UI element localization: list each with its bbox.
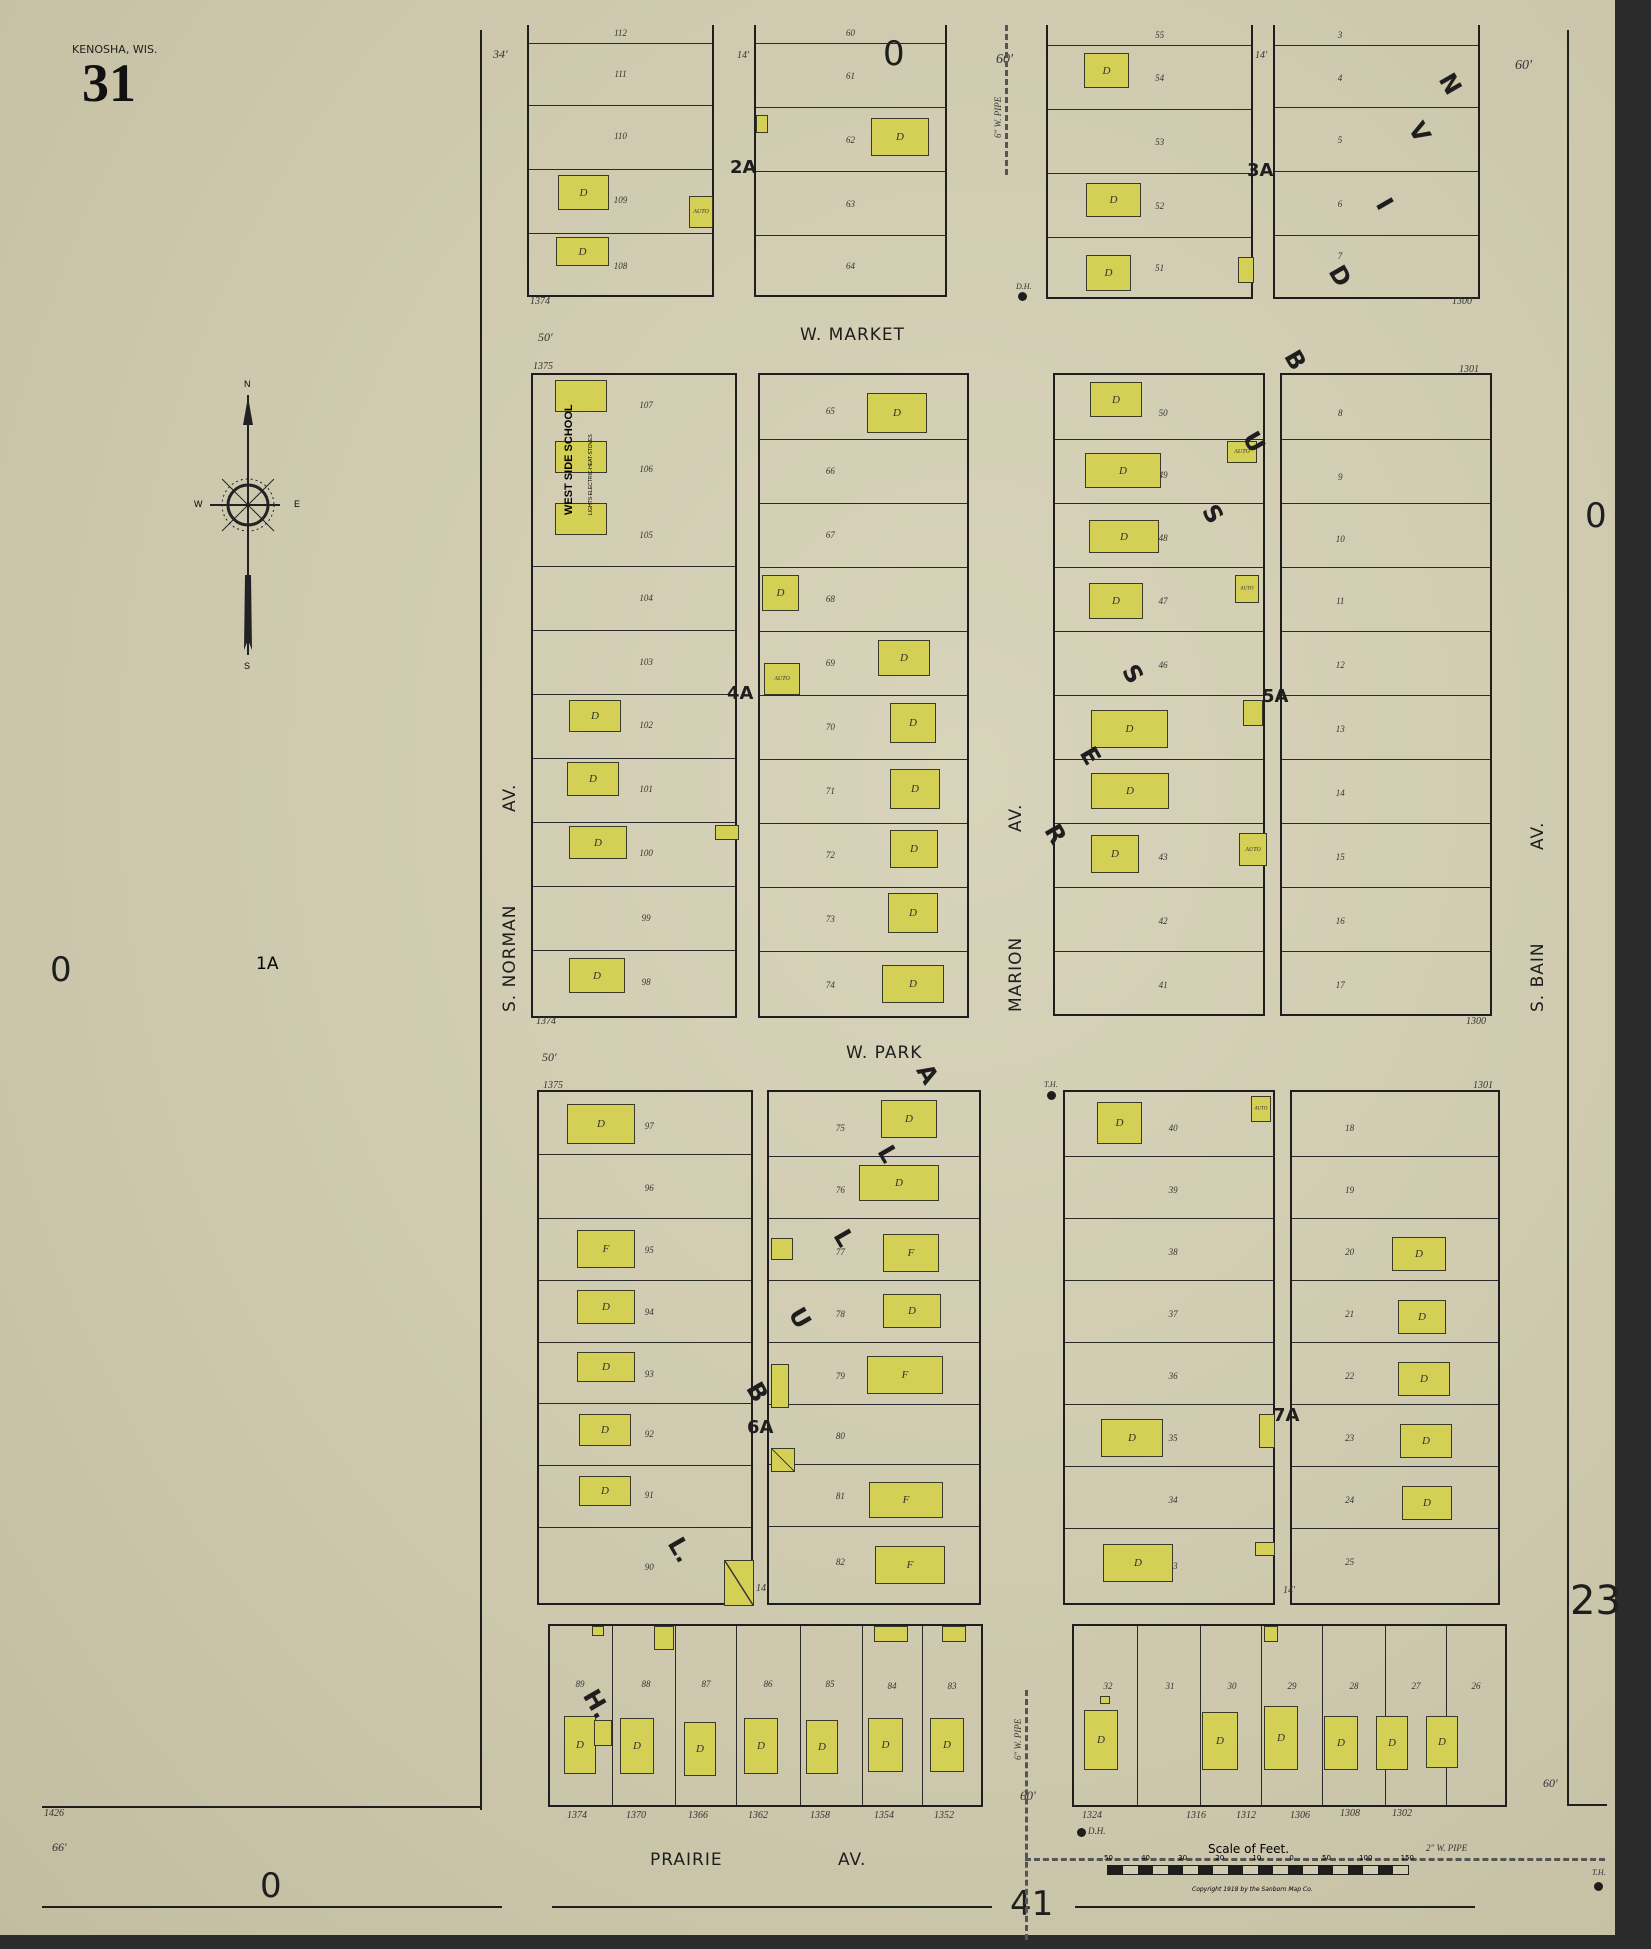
lot-number: 8 [1338,408,1343,418]
dwelling-building[interactable]: D [567,1104,635,1144]
lot-number: 13 [1336,724,1345,734]
dwelling-building[interactable]: D [806,1720,838,1774]
lot-number: 43 [1159,852,1168,862]
dwelling-building[interactable]: D [577,1352,635,1382]
flat-building[interactable]: F [869,1482,943,1518]
street-prairie: PRAIRIE [650,1850,723,1870]
dwelling-building[interactable]: D [930,1718,964,1772]
lot-number: 29 [1288,1681,1297,1691]
lot-number: 69 [826,658,835,668]
lot-number: 26 [1472,1681,1481,1691]
lot-number: 40 [1169,1123,1178,1133]
outbuilding[interactable] [1255,1542,1275,1556]
lot [1282,823,1490,887]
block-5a-east[interactable]: 8 9 10 11 12 13 14 15 16 17 [1280,373,1492,1016]
lot [533,566,735,630]
lot-number: 5 [1338,135,1343,145]
dwelling-building[interactable]: D [579,1476,631,1506]
bottom-block-line [42,1906,502,1908]
bain-east-line [1567,30,1569,1805]
lot [1292,1280,1498,1342]
address: 1362 [748,1810,768,1821]
address: 1308 [1340,1808,1360,1819]
adjoining-sheet-bottom-right[interactable]: 23 [1570,1578,1621,1624]
dwelling-building[interactable]: D [890,769,940,809]
lot [1292,1156,1498,1218]
block-label-4a[interactable]: 4A [727,683,753,704]
hydrant-label: D.H. [1088,1826,1106,1836]
lot-number: 23 [1345,1433,1354,1443]
dwelling-building[interactable]: D [569,700,621,732]
lot [1282,759,1490,823]
block-3a-west[interactable]: 54 53 52 51 55 D D D [1046,25,1253,299]
lot-number: 3 [1338,30,1343,40]
lot-number: 4 [1338,73,1343,83]
dwelling-building[interactable]: D [1090,382,1142,417]
dwelling-building[interactable]: D [620,1718,654,1774]
lot-number: 96 [645,1183,654,1193]
auto-garage[interactable] [771,1238,793,1260]
lot-number: 16 [1336,916,1345,926]
dwelling-building[interactable]: D [1426,1716,1458,1768]
prairie-south-line-1 [552,1906,992,1908]
dwelling-building[interactable]: D [1091,835,1139,873]
dwelling-building[interactable]: D [888,893,938,933]
width-bain-bottom: 60' [1543,1776,1558,1791]
lot-number: 14 [1336,788,1345,798]
dwelling-building[interactable]: D [684,1722,716,1776]
adjoining-sheet-bottom-left[interactable]: 0 [260,1866,282,1906]
subdivision-letter: A [911,1059,945,1089]
lot-number: 25 [1345,1557,1354,1567]
address: 1302 [1392,1808,1412,1819]
lot-number: 67 [826,530,835,540]
address: 1352 [934,1810,954,1821]
street-w-market: W. MARKET [800,325,905,345]
dwelling-building[interactable]: D [1376,1716,1408,1770]
address: 1316 [1186,1810,1206,1821]
scale-bar [1107,1865,1409,1875]
dwelling-building[interactable]: D [1091,710,1168,748]
lot: 53 [1048,109,1251,173]
lot-number: 41 [1159,980,1168,990]
address-nw: 1375 [533,361,553,372]
scale-ticks: 5040302010050100150 [1104,1854,1414,1862]
auto-garage[interactable] [942,1626,966,1642]
auto-garage[interactable] [1238,257,1254,283]
dwelling-building[interactable]: D [882,965,944,1003]
lot-number: 22 [1345,1371,1354,1381]
lot-number: 24 [1345,1495,1354,1505]
lot-number: 52 [1155,201,1164,211]
auto-garage[interactable]: AUTO [764,663,800,695]
address-nw: 1374 [530,296,550,307]
outbuilding[interactable] [771,1364,789,1408]
street-prairie-av: AV. [838,1850,866,1870]
lot: 111 [529,43,712,105]
dwelling-building[interactable]: D [859,1165,939,1201]
lot-number: 110 [614,131,627,141]
lot-number: 87 [702,1679,711,1689]
dwelling-building[interactable]: D [1084,1710,1118,1770]
lot-number: 112 [614,28,627,38]
outbuilding[interactable] [1243,700,1263,726]
lot: 109 [529,169,712,233]
dwelling-building[interactable]: D [1264,1706,1298,1770]
lot-number: 55 [1155,30,1164,40]
lot-number: 70 [826,722,835,732]
lot: 54 [1048,45,1251,109]
lot-number: 34 [1169,1495,1178,1505]
lot-number: 6 [1338,199,1343,209]
lot-number: 7 [1338,251,1343,261]
lot [1282,631,1490,695]
lot-number: 82 [836,1557,845,1567]
dwelling-building[interactable]: D [569,826,627,859]
lot-number: 86 [764,1679,773,1689]
lot: 63 [756,171,945,235]
lot-number: 46 [1159,660,1168,670]
address: 1306 [1290,1810,1310,1821]
dwelling-building[interactable]: D [883,1294,941,1328]
lot-number: 71 [826,786,835,796]
dwelling-building-stuccoed[interactable]: D [867,393,927,433]
outbuilding[interactable] [874,1626,908,1642]
address: 1370 [626,1810,646,1821]
block-4a-east[interactable]: 65 66 67 68 69 70 71 72 73 74 D D D AUTO… [758,373,969,1018]
lot-number: 9 [1338,472,1343,482]
width-alley: 14' [1255,50,1267,61]
flat-building[interactable]: F [883,1234,939,1272]
width-park: 50' [542,1050,557,1065]
dwelling-building[interactable]: D [890,703,936,743]
lot: 110 [529,105,712,169]
lot-number: 107 [639,400,653,410]
street-s-norman-av: AV. [500,784,520,812]
address: 1358 [810,1810,830,1821]
lot-number: 76 [836,1185,845,1195]
width-norman: 34' [493,47,508,62]
block-label-3a[interactable]: 3A [1247,160,1273,181]
address: 1354 [874,1810,894,1821]
lot-number: 63 [846,199,855,209]
lot-number: 83 [948,1681,957,1691]
dwelling-building[interactable]: D [1400,1424,1452,1458]
hydrant-label: T.H. [1044,1080,1058,1089]
address: 1374 [567,1810,587,1821]
lot: 52 [1048,173,1251,237]
dwelling-building[interactable]: D [871,118,929,156]
block-5a-west[interactable]: 50 49 48 47 46 45 44 43 42 41 D D AUTO D… [1053,373,1265,1016]
lot-number: 18 [1345,1123,1354,1133]
dwelling-building[interactable]: D [579,1414,631,1446]
lot-number: 42 [1159,916,1168,926]
prairie-south-line-2 [1075,1906,1475,1908]
lot [533,694,735,758]
outbuilding[interactable] [1100,1696,1110,1704]
lot-number: 75 [836,1123,845,1133]
lot-number: 66 [826,466,835,476]
lot-number: 93 [645,1369,654,1379]
address: 1366 [688,1810,708,1821]
auto-garage[interactable]: AUTO [1239,833,1267,866]
dwelling-building[interactable]: D [1084,53,1129,88]
block-7a-west[interactable]: 40 39 38 37 36 35 34 33 D AUTO D D [1063,1090,1275,1605]
lot-number: 108 [614,261,628,271]
lot [1282,695,1490,759]
dwelling-building[interactable]: D [1398,1362,1450,1396]
lot-number: 97 [645,1121,654,1131]
lot-number: 17 [1336,980,1345,990]
lot-number: 90 [645,1562,654,1572]
lot-number: 100 [639,848,653,858]
width-bain-top: 60' [1515,58,1532,74]
lot-number: 31 [1166,1681,1175,1691]
outbuilding[interactable] [756,115,768,133]
lot-number: 99 [642,913,651,923]
lot [533,886,735,950]
hydrant-icon [1018,292,1027,301]
lot-number: 10 [1336,534,1345,544]
dwelling-building[interactable]: D [1392,1237,1446,1271]
outbuilding[interactable] [592,1626,604,1636]
block-2a-east[interactable]: 61 62 63 64 60 D [754,25,947,297]
lot-number: 101 [639,784,653,794]
lot-number: 92 [645,1429,654,1439]
lot-number: 109 [614,195,628,205]
lot [760,503,967,567]
outbuilding[interactable] [1264,1626,1278,1642]
lot-number: 20 [1345,1247,1354,1257]
lot [760,439,967,503]
lot-number: 19 [1345,1185,1354,1195]
map-sheet: KENOSHA, WIS. 31 N W E S 0 0 1A 0 0 41 2… [0,0,1615,1935]
lot [1282,951,1490,1014]
compass-west: W [194,499,203,509]
lot-number: 50 [1159,408,1168,418]
auto-garage[interactable]: AUTO [689,196,713,228]
lot [1292,1342,1498,1404]
block-6a-east[interactable]: 75 76 77 78 79 80 81 82 D D F D F F F [767,1090,981,1605]
pipe-label: 2" W. PIPE [1426,1843,1467,1853]
lot [533,822,735,886]
address-sw: 1426 [44,1808,64,1819]
vacant-building[interactable] [771,1448,795,1472]
street-s-bain-av: AV. [1528,822,1548,850]
block-label-7a[interactable]: 7A [1273,1405,1299,1426]
address-nw: 1374 [536,1016,556,1027]
lot-number: 27 [1412,1681,1421,1691]
lot-number: 102 [639,720,653,730]
street-marion-av: AV. [1006,804,1026,832]
dwelling-building[interactable]: D [1398,1300,1446,1334]
width-alley: 14' [737,50,749,61]
block-label-2a[interactable]: 2A [730,157,756,178]
pipe-label: 6" W. PIPE [1013,1719,1023,1760]
lot-number: 60 [846,28,855,38]
block-4a-west[interactable]: 107 106 105 104 103 102 101 100 99 98 WE… [531,373,737,1018]
dwelling-building[interactable]: D [1089,520,1159,553]
lot-number: 80 [836,1431,845,1441]
dwelling-building[interactable]: D [1402,1486,1452,1520]
address-ne: 1300 [1452,296,1472,307]
lot [769,1404,979,1464]
dwelling-building[interactable]: D [878,640,930,676]
lot [1282,503,1490,567]
dwelling-building[interactable]: D [567,762,619,796]
lot-number: 91 [645,1490,654,1500]
lot [533,950,735,1016]
lot-number: 53 [1155,137,1164,147]
bain-east-bottom [1567,1804,1607,1806]
lot [1292,1528,1498,1603]
sw-block-line [42,1806,482,1808]
block-label-6a[interactable]: 6A [747,1417,773,1438]
block-3a-east[interactable]: 4 5 6 7 3 [1273,25,1480,299]
block-label-5a[interactable]: 5A [1262,686,1288,707]
dwelling-building[interactable]: D [1086,183,1141,217]
lot-number: 84 [888,1681,897,1691]
dwelling-building[interactable]: D [569,958,625,993]
flat-building[interactable]: F [875,1546,945,1584]
lot-number: 11 [1336,596,1344,606]
address-ne: 1301 [1459,364,1479,375]
compass-south: S [244,661,250,671]
school-note: LIGHTS-ELECTRIC-HEAT-STOVES [588,434,594,515]
lot-number: 85 [826,1679,835,1689]
address: 1312 [1236,1810,1256,1821]
adjoining-sheet-bottom[interactable]: 41 [1010,1884,1053,1924]
lot-number: 98 [642,977,651,987]
dwelling-building[interactable]: D [564,1716,596,1774]
lot: 7 [1275,235,1478,297]
lot-number: 47 [1159,596,1168,606]
lot-number: 64 [846,261,855,271]
lot-number: 15 [1336,852,1345,862]
lot-number: 35 [1169,1433,1178,1443]
block-prairie-east[interactable]: 32 31 30 29 28 27 26 D D D D D D [1072,1624,1507,1807]
street-s-norman: S. NORMAN [500,904,520,1012]
lot: 5 [1275,107,1478,171]
dwelling-building[interactable]: D [1103,1544,1173,1582]
lot-number: 65 [826,406,835,416]
lot-number: 51 [1155,263,1164,273]
adjoining-sheet-right[interactable]: 0 [1585,496,1607,536]
lot-number: 104 [639,593,653,603]
auto-garage[interactable]: AUTO [1235,575,1259,603]
pipe-label: 6" W. PIPE [993,97,1003,138]
water-pipe-marion-bottom [1025,1690,1028,1940]
street-s-bain: S. BAIN [1528,942,1548,1012]
dwelling-building[interactable]: D [1085,453,1161,488]
lot-number: 72 [826,850,835,860]
lot-number: 21 [1345,1309,1354,1319]
lot-number: 81 [836,1491,845,1501]
lot-number: 88 [642,1679,651,1689]
dwelling-building[interactable]: D [1089,583,1143,619]
lot: 61 [756,43,945,107]
lot-number: 54 [1155,73,1164,83]
street-marion: MARION [1006,937,1026,1012]
lot-number: 12 [1336,660,1345,670]
compass-north: N [244,379,251,389]
lot-number: 30 [1228,1681,1237,1691]
subdivision-letter: B [1278,345,1311,375]
dwelling-building[interactable]: D [1101,1419,1163,1457]
dwelling-building[interactable]: D [881,1100,937,1138]
block-2a-west[interactable]: 111 110 109 108 112 D D AUTO [527,25,714,297]
lot-number: 73 [826,914,835,924]
auto-garage[interactable] [594,1720,612,1746]
lot [1282,887,1490,951]
lot-number: 32 [1104,1681,1113,1691]
lot-number: 39 [1169,1185,1178,1195]
dwelling-building-stuccoed[interactable]: D [744,1718,778,1774]
lot-number: 48 [1159,533,1168,543]
lot [1292,1404,1498,1466]
dwelling-building[interactable]: D [868,1718,903,1772]
lot-number: 37 [1169,1309,1178,1319]
address: 1324 [1082,1810,1102,1821]
lot-number: 61 [846,71,855,81]
dwelling-building[interactable]: D [556,237,609,266]
block-prairie-west[interactable]: 89 88 87 86 85 84 83 D D D D D D D [548,1624,983,1807]
block-7a-east[interactable]: 18 19 20 21 22 23 24 25 D D D D D [1290,1090,1500,1605]
auto-garage[interactable] [654,1626,674,1650]
dwelling-building[interactable]: D [762,575,799,611]
dwelling-building[interactable]: D [558,175,609,210]
lot-number: 62 [846,135,855,145]
flat-building[interactable]: F [867,1356,943,1394]
lot-number: 111 [614,69,626,79]
auto-garage[interactable]: AUTO [1251,1096,1271,1122]
block-6a-west[interactable]: 97 96 95 94 93 92 91 90 D F D D D D [537,1090,753,1605]
width-prairie: 66' [52,1840,67,1855]
lot-number: 95 [645,1245,654,1255]
lot: 51 [1048,237,1251,297]
dwelling-building[interactable]: D [1097,1102,1142,1144]
hydrant-label: D.H. [1016,282,1032,291]
adjoining-sheet-left-area[interactable]: 1A [256,954,278,974]
lot [769,1526,979,1603]
address-ne: 1301 [1473,1080,1493,1091]
dwelling-building[interactable]: D [1086,255,1131,291]
copyright: Copyright 1918 by the Sanborn Map Co. [1192,1886,1313,1893]
lot [533,758,735,822]
dwelling-building[interactable]: D [1202,1712,1238,1770]
lot [1282,567,1490,631]
outbuilding[interactable] [715,825,739,840]
water-pipe-marion-top [1005,25,1008,175]
lot [533,630,735,694]
dwelling-building[interactable]: D [1324,1716,1358,1770]
adjoining-sheet-left[interactable]: 0 [50,950,72,990]
hydrant-label: T.H. [1592,1868,1606,1877]
street-w-park: W. PARK [846,1043,922,1063]
address-nw: 1375 [543,1080,563,1091]
lot-number: 38 [1169,1247,1178,1257]
lot-number: 28 [1350,1681,1359,1691]
flat-building[interactable]: F [577,1230,635,1268]
lot [1292,1466,1498,1528]
vacant-building[interactable] [724,1560,754,1606]
width-market: 50' [538,330,553,345]
dwelling-building[interactable]: D [577,1290,635,1324]
dwelling-building[interactable]: D [1091,773,1169,809]
width-alley: 14' [1283,1585,1295,1596]
dwelling-building[interactable]: D [890,830,938,868]
lot-number: 74 [826,980,835,990]
